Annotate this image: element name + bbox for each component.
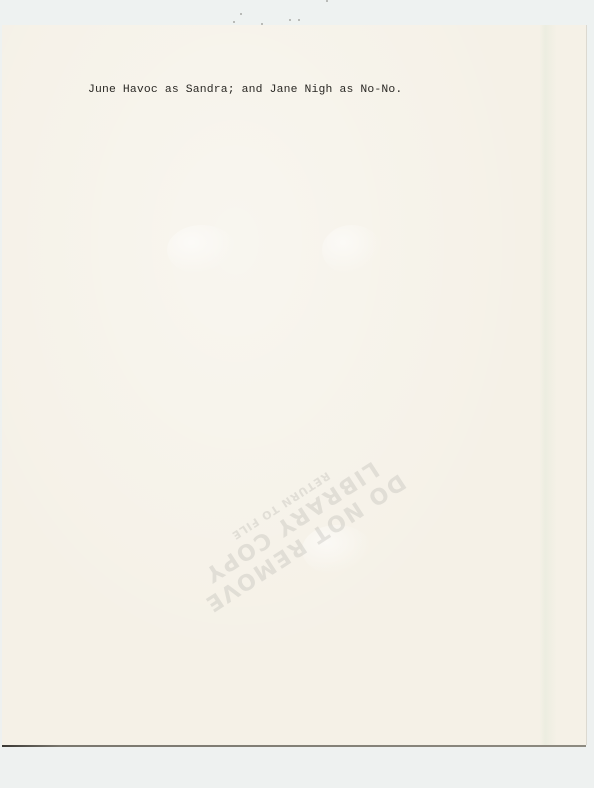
stamp-line-2: LIBRARY COPY — [186, 447, 396, 596]
emboss-mark — [167, 225, 237, 275]
photo-back-paper: DO NOT REMOVE LIBRARY COPY RETURN TO FIL… — [2, 25, 586, 745]
emboss-mark — [302, 525, 372, 575]
bleed-through-stamp: DO NOT REMOVE LIBRARY COPY RETURN TO FIL… — [179, 436, 410, 617]
dust-speck — [326, 0, 328, 2]
emboss-mark — [322, 225, 382, 275]
typed-caption: June Havoc as Sandra; and Jane Nigh as N… — [88, 84, 402, 96]
dust-speck — [233, 21, 235, 23]
dust-speck — [289, 19, 291, 21]
dust-speck — [298, 19, 300, 21]
stamp-line-3: RETURN TO FILE — [179, 436, 383, 574]
stamp-line-1: DO NOT REMOVE — [199, 468, 409, 617]
dust-speck — [240, 13, 242, 15]
